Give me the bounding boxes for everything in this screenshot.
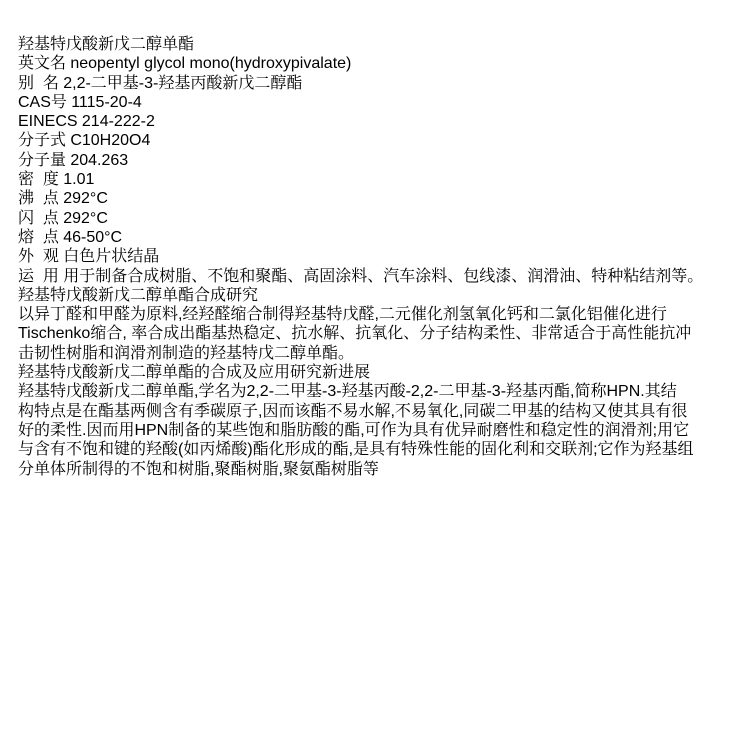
- property-label: 分子量: [18, 152, 66, 169]
- paragraph-line: 击韧性树脂和润滑剂制造的羟基特戊二醇单酯。: [18, 344, 748, 363]
- property-row-molecular-weight: 分子量204.263: [18, 151, 748, 170]
- property-row-density: 密 度1.01: [18, 170, 748, 189]
- property-label: 别 名: [18, 75, 59, 92]
- property-label: CAS号: [18, 94, 67, 111]
- section-application-progress-heading: 羟基特戊酸新戊二醇单酯的合成及应用研究新进展: [18, 363, 748, 382]
- property-label: EINECS: [18, 113, 78, 130]
- paragraph-line: 好的柔性.因而用HPN制备的某些饱和脂肪酸的酯,可作为具有优异耐磨性和稳定性的润…: [18, 421, 748, 440]
- property-row-flash-point: 闪 点292°C: [18, 209, 748, 228]
- property-row-boiling-point: 沸 点292°C: [18, 189, 748, 208]
- property-row-appearance: 外 观白色片状结晶: [18, 247, 748, 266]
- property-label: 密 度: [18, 171, 59, 188]
- property-label: 熔 点: [18, 229, 59, 246]
- property-value: 292°C: [63, 190, 108, 207]
- property-row-melting-point: 熔 点46-50°C: [18, 228, 748, 247]
- property-row-english-name: 英文名neopentyl glycol mono(hydroxypivalate…: [18, 54, 748, 73]
- property-row-application: 运 用用于制备合成树脂、不饱和聚酯、高固涂料、汽车涂料、包线漆、润滑油、特种粘结…: [18, 267, 748, 286]
- property-value: 292°C: [63, 210, 108, 227]
- property-label: 英文名: [18, 55, 66, 72]
- property-value: 白色片状结晶: [63, 248, 159, 265]
- page-title: 羟基特戊酸新戊二醇单酯: [18, 35, 748, 54]
- property-row-alias: 别 名2,2-二甲基-3-羟基丙酸新戊二醇酯: [18, 74, 748, 93]
- property-label: 沸 点: [18, 190, 59, 207]
- property-value: 46-50°C: [63, 229, 122, 246]
- property-value: 1.01: [63, 171, 94, 188]
- property-value: 2,2-二甲基-3-羟基丙酸新戊二醇酯: [63, 75, 302, 92]
- paragraph-line: 分单体所制得的不饱和树脂,聚酯树脂,聚氨酯树脂等: [18, 460, 748, 479]
- paragraph-line: 羟基特戊酸新戊二醇单酯,学名为2,2-二甲基-3-羟基丙酸-2,2-二甲基-3-…: [18, 382, 748, 401]
- property-label: 运 用: [18, 268, 59, 285]
- property-row-cas-number: CAS号1115-20-4: [18, 93, 748, 112]
- property-row-einecs: EINECS214-222-2: [18, 112, 748, 131]
- property-value: 204.263: [70, 152, 128, 169]
- property-value: 1115-20-4: [71, 94, 142, 111]
- property-row-molecular-formula: 分子式C10H20O4: [18, 131, 748, 150]
- property-value: 用于制备合成树脂、不饱和聚酯、高固涂料、汽车涂料、包线漆、润滑油、特种粘结剂等。: [63, 268, 703, 285]
- paragraph-line: 构特点是在酯基两侧含有季碳原子,因而该酯不易水解,不易氧化,同碳二甲基的结构又使…: [18, 402, 748, 421]
- paragraph-line: 以异丁醛和甲醛为原料,经羟醛缩合制得羟基特戊醛,二元催化剂氢氧化钙和二氯化铝催化…: [18, 305, 748, 324]
- paragraph-line: Tischenko缩合, 率合成出酯基热稳定、抗水解、抗氧化、分子结构柔性、非常…: [18, 324, 748, 343]
- property-label: 分子式: [18, 132, 66, 149]
- property-value: neopentyl glycol mono(hydroxypivalate): [70, 55, 351, 72]
- property-label: 闪 点: [18, 210, 59, 227]
- paragraph-line: 与含有不饱和键的羟酸(如丙烯酸)酯化形成的酯,是具有特殊性能的固化利和交联剂;它…: [18, 440, 748, 459]
- property-value: 214-222-2: [82, 113, 155, 130]
- chemical-info-document: 羟基特戊酸新戊二醇单酯 英文名neopentyl glycol mono(hyd…: [18, 35, 748, 479]
- section-synthesis-research-heading: 羟基特戊酸新戊二醇单酯合成研究: [18, 286, 748, 305]
- property-label: 外 观: [18, 248, 59, 265]
- property-value: C10H20O4: [70, 132, 150, 149]
